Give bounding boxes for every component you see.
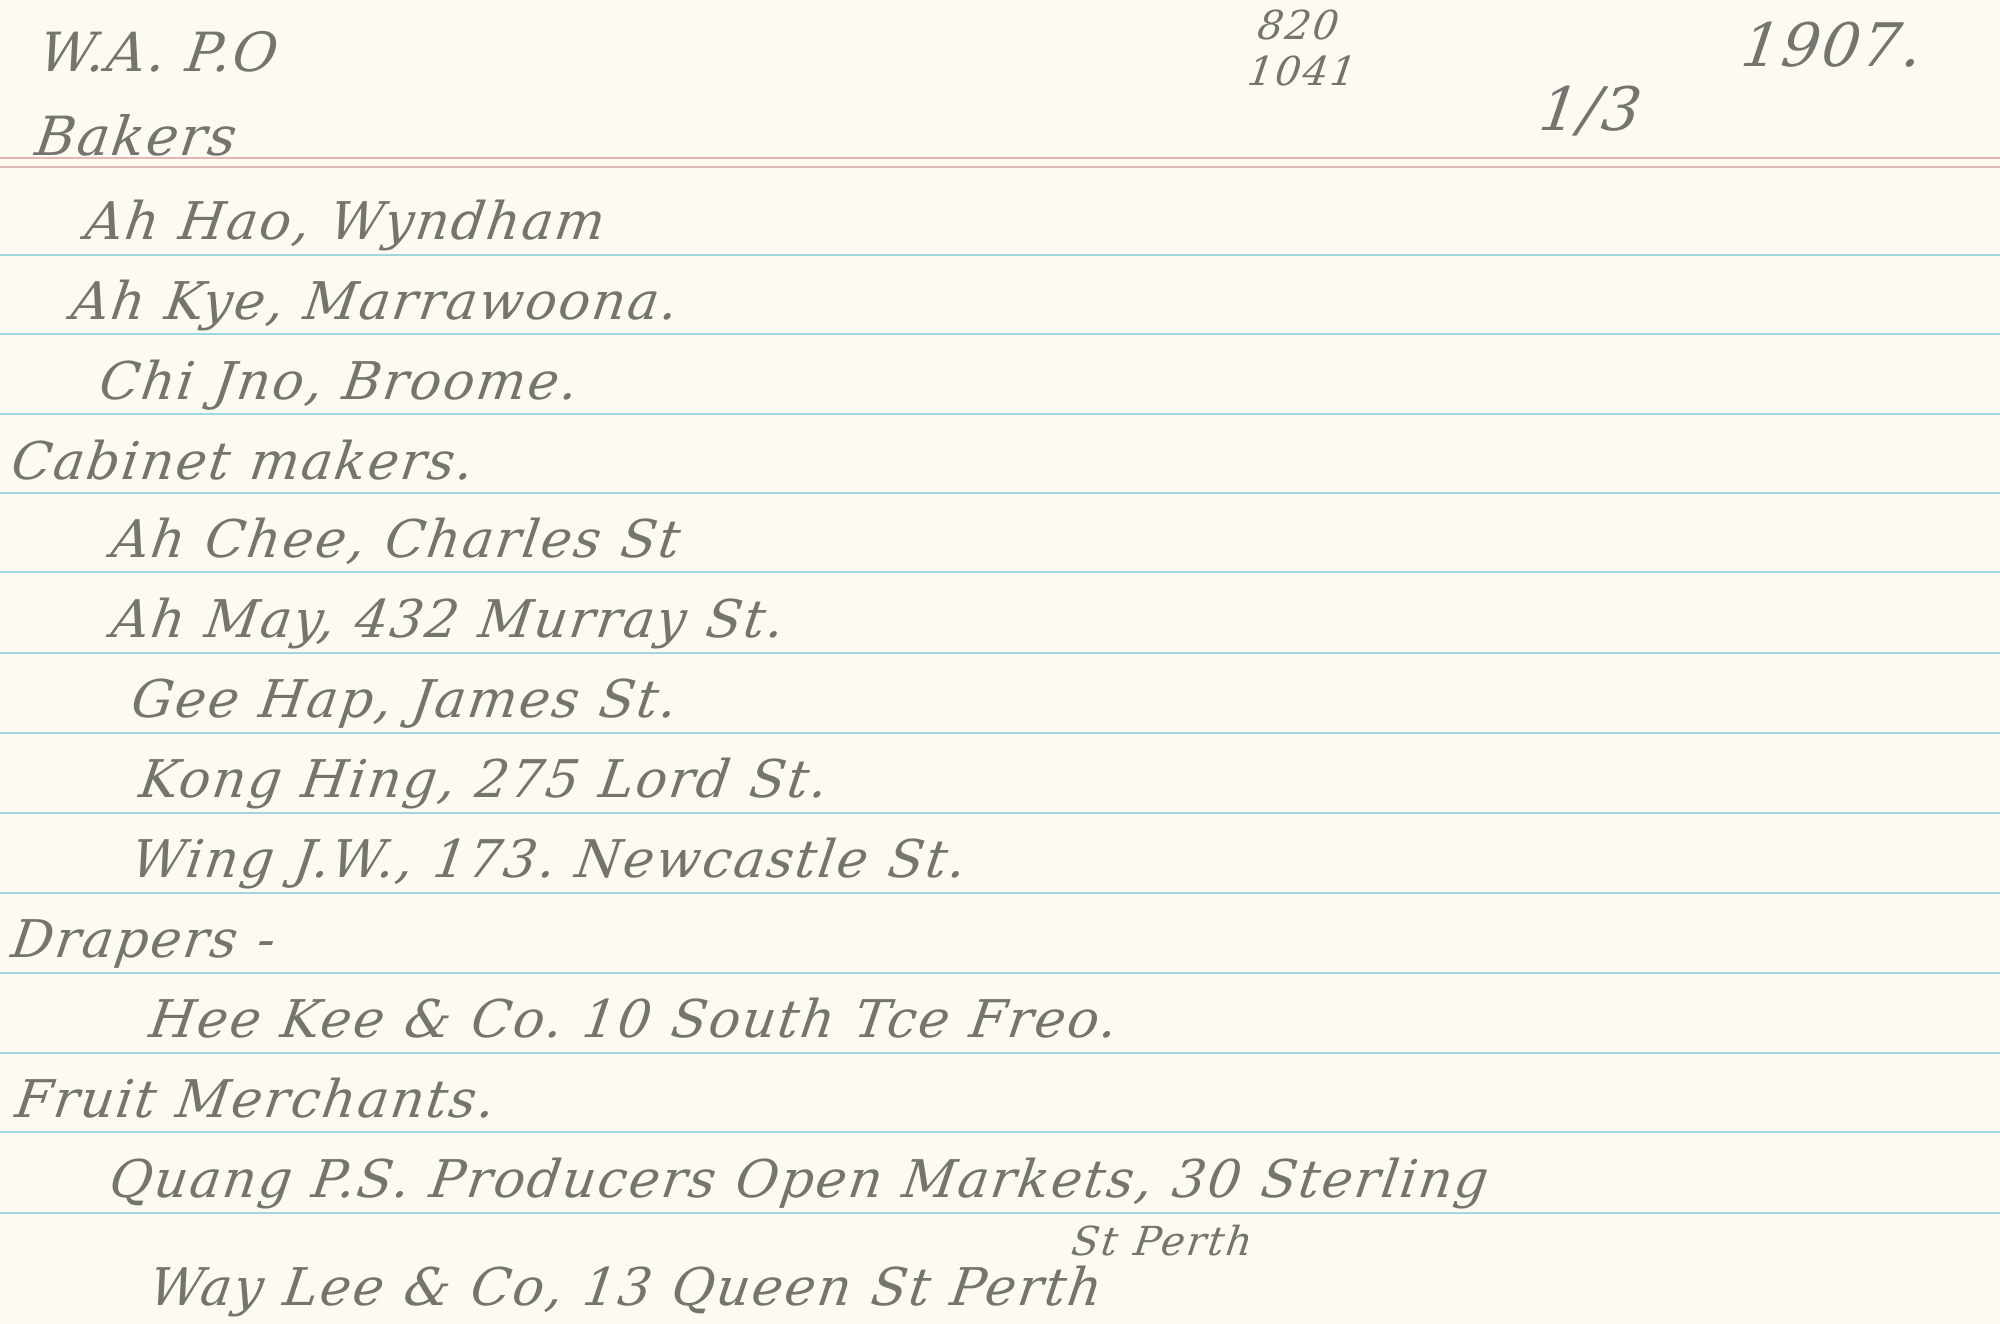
list-item: Chi Jno, Broome. [96, 356, 583, 408]
list-item: Gee Hap, James St. [128, 674, 682, 726]
list-item: Kong Hing, 275 Lord St. [136, 754, 833, 806]
blue-rule [0, 812, 2000, 814]
section-heading-bakers: Bakers [32, 110, 242, 164]
blue-rule [0, 254, 2000, 256]
list-item: Way Lee & Co, 13 Queen St Perth [146, 1262, 1107, 1314]
list-item: Ah May, 432 Murray St. [108, 594, 789, 646]
year: 1907. [1738, 16, 1928, 76]
list-item: Ah Hao, Wyndham [82, 196, 610, 248]
section-heading-cabinet-makers: Cabinet makers. [8, 436, 478, 488]
blue-rule [0, 413, 2000, 415]
blue-rule [0, 333, 2000, 335]
blue-rule [0, 1052, 2000, 1054]
index-card: W.A. P.O Bakers 820 1041 1/3 1907. Ah Ha… [0, 0, 2000, 1324]
blue-rule [0, 732, 2000, 734]
sheet-number: 1/3 [1536, 80, 1647, 140]
blue-rule [0, 892, 2000, 894]
blue-rule [0, 492, 2000, 494]
blue-rule [0, 571, 2000, 573]
red-header-rule [0, 166, 2000, 168]
list-item-continuation: St Perth [1069, 1222, 1257, 1262]
list-item: Hee Kee & Co. 10 South Tce Freo. [146, 994, 1122, 1046]
list-item: Quang P.S. Producers Open Markets, 30 St… [106, 1154, 1493, 1206]
section-heading-drapers: Drapers - [8, 914, 281, 966]
list-item: Wing J.W., 173. Newcastle St. [128, 834, 971, 886]
list-item: Ah Chee, Charles St [108, 514, 685, 566]
red-header-rule [0, 157, 2000, 159]
list-item: Ah Kye, Marrawoona. [68, 276, 683, 328]
blue-rule [0, 1212, 2000, 1214]
office-label: W.A. P.O [36, 26, 283, 80]
section-heading-fruit-merchants: Fruit Merchants. [12, 1074, 500, 1126]
blue-rule [0, 972, 2000, 974]
card-number-bottom: 1041 [1245, 52, 1360, 92]
card-number-top: 820 [1255, 6, 1343, 46]
blue-rule [0, 1131, 2000, 1133]
blue-rule [0, 652, 2000, 654]
